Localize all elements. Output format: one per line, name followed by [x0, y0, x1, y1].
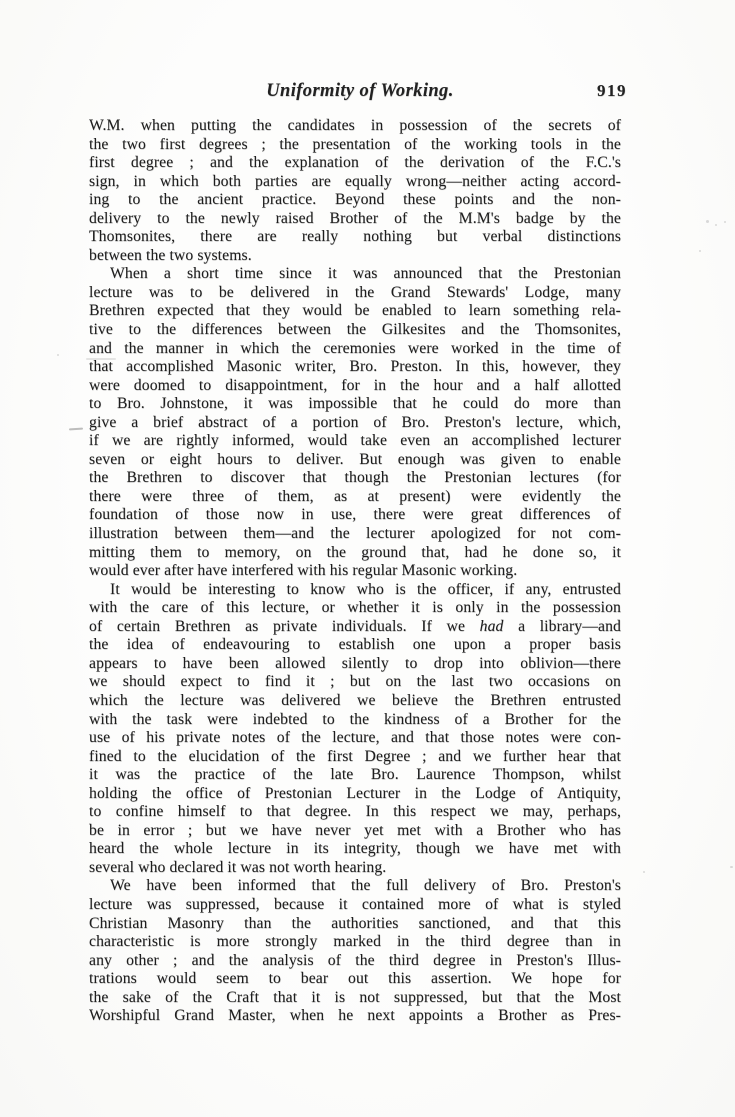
text-line: be in error ; but we have never yet met …: [89, 822, 621, 841]
text-line: of certain Brethren as private individua…: [89, 618, 621, 637]
text-line: several who declared it was not worth he…: [89, 859, 621, 878]
text-line: fined to the elucidation of the first De…: [89, 748, 621, 767]
text-line: W.M. when putting the candidates in poss…: [89, 117, 621, 136]
text-line: we should expect to find it ; but on the…: [89, 673, 621, 692]
text-line: if we are rightly informed, would take e…: [89, 432, 621, 451]
text-line: that accomplished Masonic writer, Bro. P…: [89, 358, 621, 377]
paragraph: It would be interesting to know who is t…: [89, 581, 621, 878]
text-line: appears to have been allowed silently to…: [89, 655, 621, 674]
text-line: use of his private notes of the lecture,…: [89, 729, 621, 748]
text-line: Brethren expected that they would be ena…: [89, 302, 621, 321]
text-line: give a brief abstract of a portion of Br…: [89, 414, 621, 433]
scan-speck: [715, 224, 717, 226]
text-line: tive to the differences between the Gilk…: [89, 321, 621, 340]
text-line: ing to the ancient practice. Beyond thes…: [89, 191, 621, 210]
text-line: characteristic is more strongly marked i…: [89, 933, 621, 952]
text-line: foundation of those now in use, there we…: [89, 506, 621, 525]
scan-speck: [57, 354, 59, 356]
text-line: sign, in which both parties are equally …: [89, 173, 621, 192]
scan-speck: [706, 220, 709, 223]
text-line: holding the office of Prestonian Lecture…: [89, 785, 621, 804]
text-line: It would be interesting to know who is t…: [89, 581, 621, 600]
text-line: the Brethren to discover that though the…: [89, 469, 621, 488]
page-number: 919: [597, 81, 627, 101]
scan-speck: [643, 871, 645, 873]
scan-speck: [724, 221, 726, 223]
text-line: it was the practice of the late Bro. Lau…: [89, 766, 621, 785]
text-line: there were three of them, as at present)…: [89, 488, 621, 507]
text-line: any other ; and the analysis of the thir…: [89, 952, 621, 971]
scanned-document-page: Uniformity of Working. 919 W.M. when put…: [0, 0, 735, 1117]
text-line: illustration between them—and the lectur…: [89, 525, 621, 544]
text-line: would ever after have interfered with hi…: [89, 562, 621, 581]
scan-speck: [699, 250, 701, 252]
text-line: were doomed to disappointment, for in th…: [89, 377, 621, 396]
paragraph: W.M. when putting the candidates in poss…: [89, 117, 621, 265]
text-line: Worshipful Grand Master, when he next ap…: [89, 1007, 621, 1026]
page-body: W.M. when putting the candidates in poss…: [89, 117, 621, 1026]
text-line: first degree ; and the explanation of th…: [89, 154, 621, 173]
text-line: with the care of this lecture, or whethe…: [89, 599, 621, 618]
text-line: delivery to the newly raised Brother of …: [89, 210, 621, 229]
text-line: mitting them to memory, on the ground th…: [89, 544, 621, 563]
text-line: to confine himself to that degree. In th…: [89, 803, 621, 822]
text-line: to Bro. Johnstone, it was impossible tha…: [89, 395, 621, 414]
paragraph: We have been informed that the full deli…: [89, 877, 621, 1025]
text-line: trations would seem to bear out this ass…: [89, 970, 621, 989]
text-line: We have been informed that the full deli…: [89, 877, 621, 896]
text-line: the two first degrees ; the presentation…: [89, 136, 621, 155]
text-line: between the two systems.: [89, 247, 621, 266]
text-line: When a short time since it was announced…: [89, 265, 621, 284]
text-line: with the task were indebted to the kindn…: [89, 711, 621, 730]
text-line: heard the whole lecture in its integrity…: [89, 840, 621, 859]
scan-speck: [730, 866, 733, 868]
text-line: lecture was to be delivered in the Grand…: [89, 284, 621, 303]
text-line: the idea of endeavouring to establish on…: [89, 636, 621, 655]
text-line: Thomsonites, there are really nothing bu…: [89, 228, 621, 247]
scan-artifact-margin-dash: [69, 428, 83, 431]
text-line: the sake of the Craft that it is not sup…: [89, 989, 621, 1008]
text-line: which the lecture was delivered we belie…: [89, 692, 621, 711]
text-line: seven or eight hours to deliver. But eno…: [89, 451, 621, 470]
text-line: Christian Masonry than the authorities s…: [89, 915, 621, 934]
text-line: and the manner in which the ceremonies w…: [89, 340, 621, 359]
text-line: lecture was suppressed, because it conta…: [89, 896, 621, 915]
running-header: Uniformity of Working. 919: [0, 81, 720, 103]
paragraph: When a short time since it was announced…: [89, 265, 621, 580]
